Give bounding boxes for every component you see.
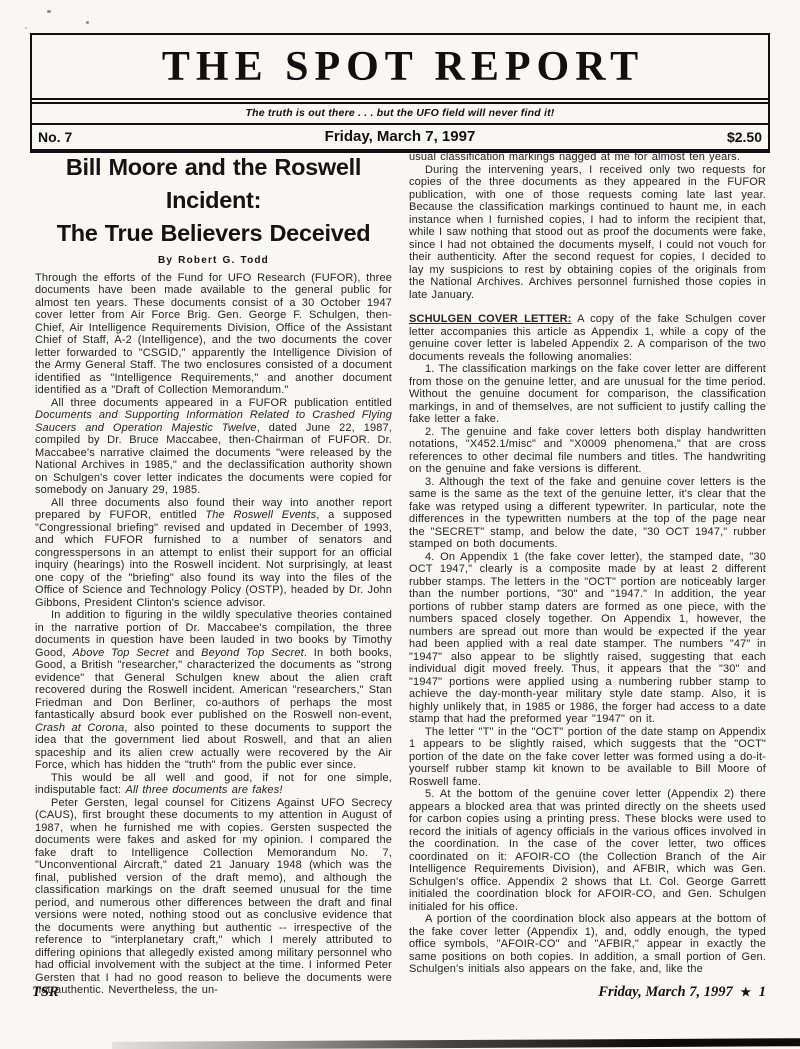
article-paragraph: 1. The classification markings on the fa…: [409, 363, 766, 426]
text-run: During the intervening years, I received…: [409, 164, 766, 301]
article-body: Bill Moore and the Roswell Incident: The…: [35, 151, 766, 997]
text-run: A portion of the coordination block also…: [409, 913, 766, 975]
text-run: The Roswell Events: [205, 509, 316, 521]
scan-artifact-strip: [112, 1038, 800, 1049]
newsletter-title: THE SPOT REPORT: [32, 35, 768, 98]
text-run: usual classification markings nagged at …: [409, 151, 740, 163]
text-run: Crash at Corona: [35, 722, 124, 734]
article-paragraph: All three documents appeared in a FUFOR …: [35, 397, 392, 497]
article-paragraph: During the intervening years, I received…: [409, 164, 766, 302]
scan-speck: [86, 21, 89, 24]
footer-page-number: 1: [759, 984, 766, 1000]
text-run: SCHULGEN COVER LETTER:: [409, 313, 572, 325]
scan-speck: [47, 10, 51, 13]
article-paragraph: All three documents also found their way…: [35, 497, 392, 610]
article-paragraph: 5. At the bottom of the genuine cover le…: [409, 788, 766, 913]
text-run: 3. Although the text of the fake and gen…: [409, 476, 766, 551]
article-byline: By Robert G. Todd: [35, 255, 392, 268]
article-paragraph: 4. On Appendix 1 (the fake cover letter)…: [409, 551, 766, 726]
text-run: Beyond Top Secret: [201, 647, 304, 659]
text-run: 2. The genuine and fake cover letters bo…: [409, 426, 766, 476]
text-run: All three documents are fakes!: [125, 784, 282, 796]
article-paragraph: A portion of the coordination block also…: [409, 913, 766, 976]
text-run: 1. The classification markings on the fa…: [409, 363, 766, 425]
text-run: 5. At the bottom of the genuine cover le…: [409, 788, 766, 913]
article-paragraph: This would be all well and good, if not …: [35, 772, 392, 797]
text-run: 4. On Appendix 1 (the fake cover letter)…: [409, 551, 766, 726]
article-paragraph: 3. Although the text of the fake and gen…: [409, 476, 766, 551]
issue-info-row: No. 7 Friday, March 7, 1997 $2.50: [32, 125, 768, 149]
article-paragraph: Peter Gersten, legal counsel for Citizen…: [35, 797, 392, 997]
scanned-newsletter-page: { "masthead": { "title": "THE SPOT REPOR…: [0, 0, 800, 1049]
article-headline-line1: Bill Moore and the Roswell Incident:: [35, 151, 392, 217]
article-paragraph: In addition to figuring in the wildly sp…: [35, 609, 392, 772]
footer-date-page: Friday, March 7, 1997 ★ 1: [594, 984, 766, 1001]
page-footer: TSR Friday, March 7, 1997 ★ 1: [32, 984, 766, 1001]
article-paragraph: 2. The genuine and fake cover letters bo…: [409, 426, 766, 476]
tagline: The truth is out there . . . but the UFO…: [32, 104, 768, 123]
right-column-text: usual classification markings nagged at …: [409, 151, 766, 976]
left-column-text: Through the efforts of the Fund for UFO …: [35, 272, 392, 997]
text-run: and: [169, 647, 201, 659]
masthead: THE SPOT REPORT The truth is out there .…: [30, 33, 770, 153]
text-run: , a supposed "Congressional briefing" re…: [35, 509, 392, 609]
text-run: Through the efforts of the Fund for UFO …: [35, 272, 392, 397]
issue-number: No. 7: [38, 129, 168, 145]
footer-date: Friday, March 7, 1997: [598, 984, 732, 1000]
left-column: Bill Moore and the Roswell Incident: The…: [35, 151, 392, 997]
scan-speck: [25, 27, 27, 29]
text-run: Peter Gersten, legal counsel for Citizen…: [35, 797, 392, 997]
right-column: usual classification markings nagged at …: [409, 151, 766, 997]
star-icon: ★: [740, 985, 751, 999]
text-run: The letter "T" in the "OCT" portion of t…: [409, 726, 766, 788]
issue-price: $2.50: [632, 129, 762, 145]
issue-date: Friday, March 7, 1997: [168, 128, 632, 145]
text-run: All three documents appeared in a FUFOR …: [51, 397, 392, 409]
article-paragraph: The letter "T" in the "OCT" portion of t…: [409, 726, 766, 789]
article-paragraph: SCHULGEN COVER LETTER: A copy of the fak…: [409, 313, 766, 363]
article-headline-line2: The True Believers Deceived: [35, 217, 392, 250]
footer-journal-abbreviation: TSR: [32, 984, 59, 1001]
article-paragraph: Through the efforts of the Fund for UFO …: [35, 272, 392, 397]
article-paragraph: usual classification markings nagged at …: [409, 151, 766, 164]
text-run: Above Top Secret: [72, 647, 168, 659]
